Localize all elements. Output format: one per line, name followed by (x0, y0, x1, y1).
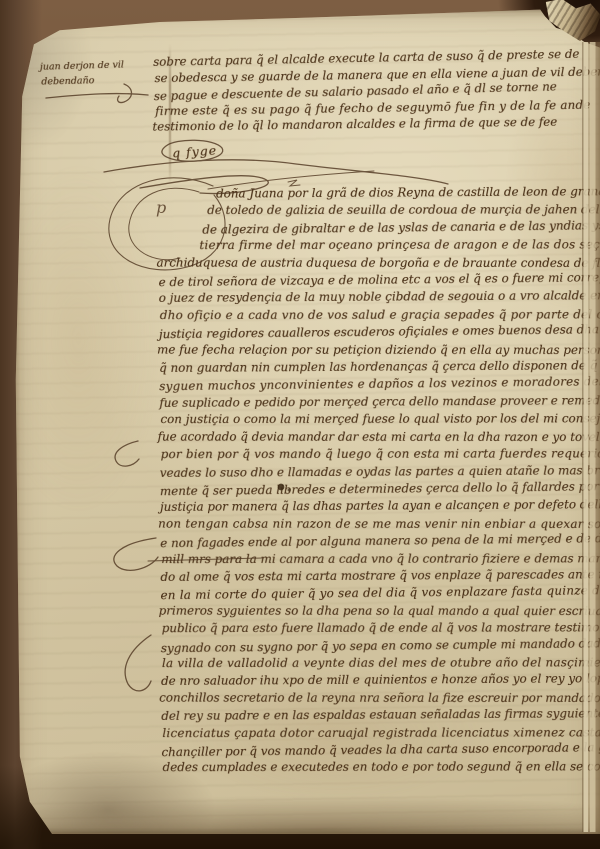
handwriting-line: justiçia regidores caualleros escuderos … (159, 321, 593, 343)
handwriting-line: testimonio de lo q̃l lo mandaron alcalde… (152, 114, 582, 136)
page-stack-fore-edge (582, 42, 600, 832)
handwriting-line: con justiçia o como la mi merçed fuese l… (160, 411, 594, 429)
margin-note-line: debendaño (41, 71, 167, 89)
handwriting-line: dedes cumplades e executedes en todo e p… (163, 759, 597, 777)
photograph-background: juan derjon de vildebendaño sobre carta … (0, 0, 600, 849)
manuscript-page: juan derjon de vildebendaño sobre carta … (14, 8, 600, 834)
handwriting-line: de nro saluador ihu xpo de mill e quinie… (161, 671, 595, 691)
handwriting-line: me fue fecha relaçion por su petiçion di… (157, 341, 591, 359)
opening-paragraph: sobre carta para q̃ el alcalde execute l… (153, 46, 585, 137)
handwriting-line: doña Juana por la grã de dios Reyna de c… (158, 183, 592, 203)
handwriting-line: del rey su padre e en las espaldas estau… (161, 706, 595, 726)
handwriting-line: mill mrs para la mi camara a cada vno q̃… (161, 550, 595, 568)
handwriting-line: publico q̃ para esto fuere llamado q̃ de… (162, 619, 596, 637)
handwriting-line: e non fagades ende al por alguna manera … (160, 530, 594, 552)
rubric-word: q fyge (172, 142, 218, 160)
handwriting-line: primeros syguientes so la dha pena so la… (159, 602, 593, 620)
handwriting-line: en la mi corte do quier q̃ yo sea del di… (160, 583, 594, 605)
handwriting-line: por bien por q̃ vos mando q̃ luego q̃ co… (161, 445, 595, 463)
handwriting-line: fue suplicado e pedido por merçed çerca … (159, 392, 593, 412)
body-paragraph: doña Juana por la grã de dios Reyna de c… (158, 183, 596, 777)
margin-note: juan derjon de vildebendaño (40, 56, 167, 90)
handwriting-line: conchillos secretario de la reyna nra se… (159, 689, 593, 707)
handwriting-line: tierra firme del mar oçeano prinçesa de … (159, 237, 593, 255)
handwriting-line: fue acordado q̃ devia mandar dar esta mi… (158, 428, 592, 446)
handwriting-line: la villa de valladolid a veynte dias del… (162, 654, 596, 672)
